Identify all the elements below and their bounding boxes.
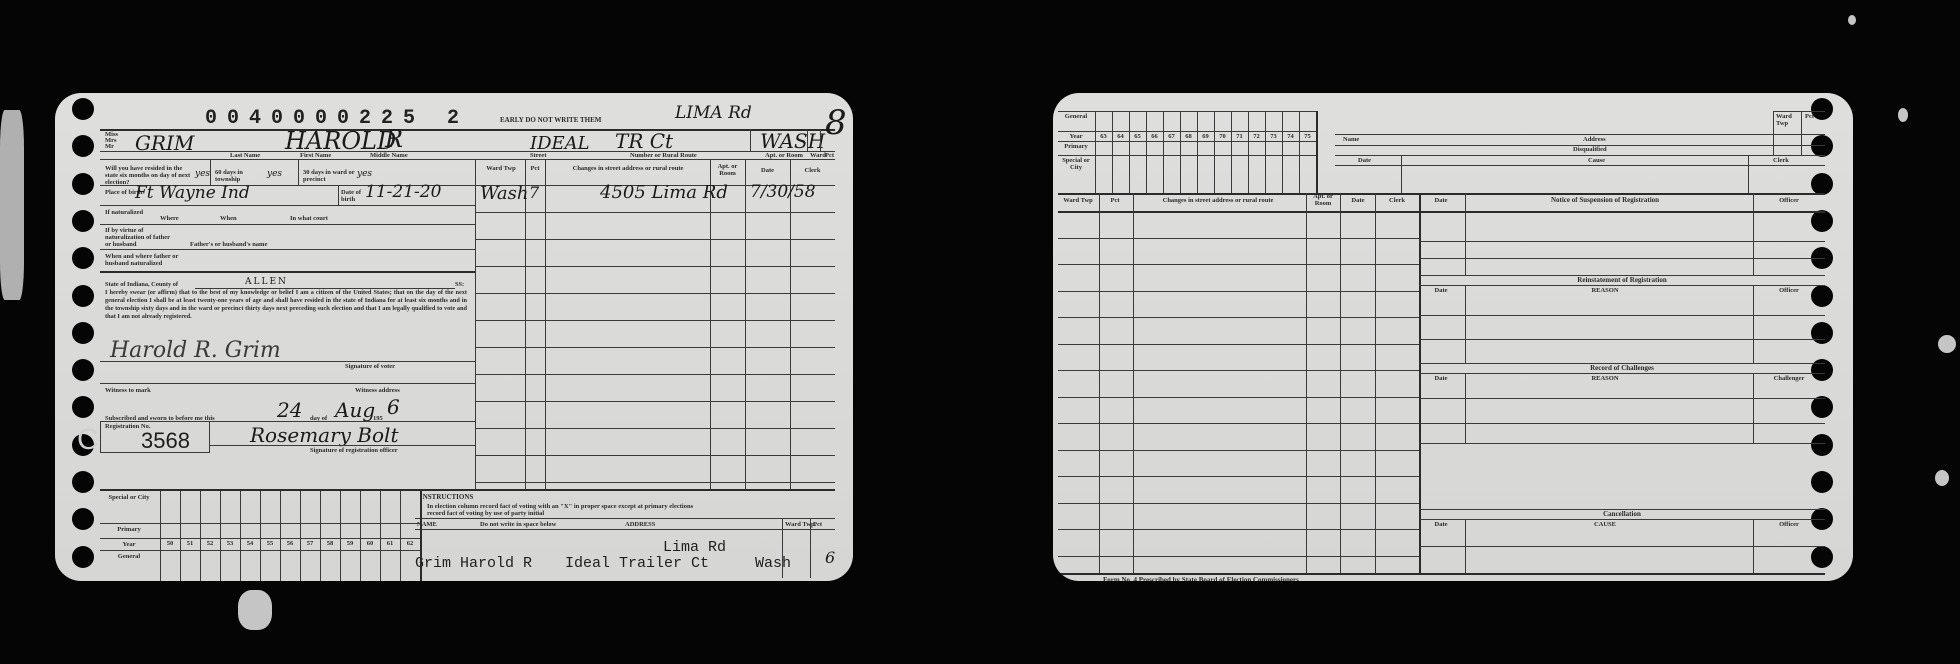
punch-hole <box>72 173 94 195</box>
change-pct: 7 <box>529 183 539 202</box>
stamped-address-line1: Lima Rd <box>663 539 726 556</box>
grid-year: 50 <box>160 540 180 547</box>
punch-hole <box>1811 322 1833 344</box>
punch-hole <box>1811 546 1833 568</box>
grid-year: 71 <box>1231 133 1248 140</box>
grid-year: 56 <box>280 540 300 547</box>
punch-hole <box>1811 210 1833 232</box>
grid-row-label: Special or City <box>1057 157 1095 171</box>
grid-year: 65 <box>1129 133 1146 140</box>
grid-year: 68 <box>1180 133 1197 140</box>
grid-year: 61 <box>380 540 400 547</box>
grid-year: 64 <box>1112 133 1129 140</box>
punch-hole <box>72 247 94 269</box>
date-of-birth-value: 11-21-20 <box>365 182 441 202</box>
title-prefix: Miss Mrs Mr <box>105 132 118 150</box>
stamped-pct: 6 <box>825 548 835 567</box>
grid-year: 67 <box>1163 133 1180 140</box>
side-letter: C <box>77 423 99 457</box>
punch-hole <box>1811 173 1833 195</box>
punch-hole <box>72 508 94 530</box>
punch-hole <box>1811 98 1833 120</box>
change-ward: Wash <box>480 183 529 204</box>
sworn-month: Aug <box>335 398 375 422</box>
precinct-value: 8 <box>825 103 847 143</box>
street-number-value: TR Ct <box>615 129 673 153</box>
punch-hole <box>1811 135 1833 157</box>
grid-year: 70 <box>1214 133 1231 140</box>
officer-signature: Rosemary Bolt <box>250 423 398 447</box>
grid-year: 62 <box>400 540 420 547</box>
grid-year: 54 <box>240 540 260 547</box>
grid-year: 75 <box>1299 133 1316 140</box>
punch-hole <box>72 210 94 232</box>
county-value: ALLEN <box>245 277 288 287</box>
grid-year: 63 <box>1095 133 1112 140</box>
grid-year: 73 <box>1265 133 1282 140</box>
punch-hole <box>1811 434 1833 456</box>
punch-hole <box>1811 471 1833 493</box>
grid-row-label: Primary <box>100 526 158 533</box>
registration-number: 3568 <box>141 428 190 454</box>
grid-year: 53 <box>220 540 240 547</box>
grid-year: 52 <box>200 540 220 547</box>
header-note: LIMA Rd <box>675 103 752 123</box>
punch-hole <box>72 546 94 568</box>
form-footer: Form No. 4 Prescribed by State Board of … <box>1103 577 1299 581</box>
punch-hole <box>1811 396 1833 418</box>
grid-row-label: Year <box>100 541 158 548</box>
change-date: 7/30/58 <box>750 182 816 202</box>
stamped-address-line2: Ideal Trailer Ct <box>565 555 709 572</box>
oath-text: I hereby swear (or affirm) that to the b… <box>105 289 467 321</box>
voter-registration-card-back: Name Address Disqualified Date Cause Cle… <box>1053 93 1853 581</box>
grid-year: 66 <box>1146 133 1163 140</box>
grid-year: 60 <box>360 540 380 547</box>
place-of-birth-value: Ft Wayne Ind <box>135 183 250 203</box>
ward-value: WASH <box>760 129 825 153</box>
sworn-year: 6 <box>387 395 400 419</box>
grid-row-label: General <box>100 553 158 560</box>
grid-year: 69 <box>1197 133 1214 140</box>
grid-year: 57 <box>300 540 320 547</box>
middle-name-value: R <box>385 125 403 153</box>
grid-row-label: Special or City <box>100 494 158 501</box>
stamped-ward: Wash <box>755 555 791 572</box>
grid-row-label: Year <box>1057 133 1095 140</box>
registration-number-box: Registration No. 3568 <box>100 421 210 453</box>
grid-year: 74 <box>1282 133 1299 140</box>
punch-hole <box>72 359 94 381</box>
punch-hole <box>72 98 94 120</box>
grid-year: 59 <box>340 540 360 547</box>
stamped-name: Grim Harold R <box>415 555 532 572</box>
change-address: 4505 Lima Rd <box>600 182 728 203</box>
header-instruction: EARLY DO NOT WRITE THEM <box>500 117 601 124</box>
sworn-day: 24 <box>277 398 302 422</box>
punch-hole <box>72 135 94 157</box>
grid-year: 58 <box>320 540 340 547</box>
grid-year: 51 <box>180 540 200 547</box>
punch-hole <box>72 471 94 493</box>
grid-year: 72 <box>1248 133 1265 140</box>
grid-row-label: General <box>1057 113 1095 120</box>
voter-registration-card-front: 0040000225 2 EARLY DO NOT WRITE THEM LIM… <box>55 93 853 581</box>
punch-hole <box>72 396 94 418</box>
punch-hole <box>72 285 94 307</box>
grid-year: 55 <box>260 540 280 547</box>
voter-signature: Harold R. Grim <box>110 338 281 363</box>
punch-hole <box>72 322 94 344</box>
grid-row-label: Primary <box>1057 143 1095 150</box>
